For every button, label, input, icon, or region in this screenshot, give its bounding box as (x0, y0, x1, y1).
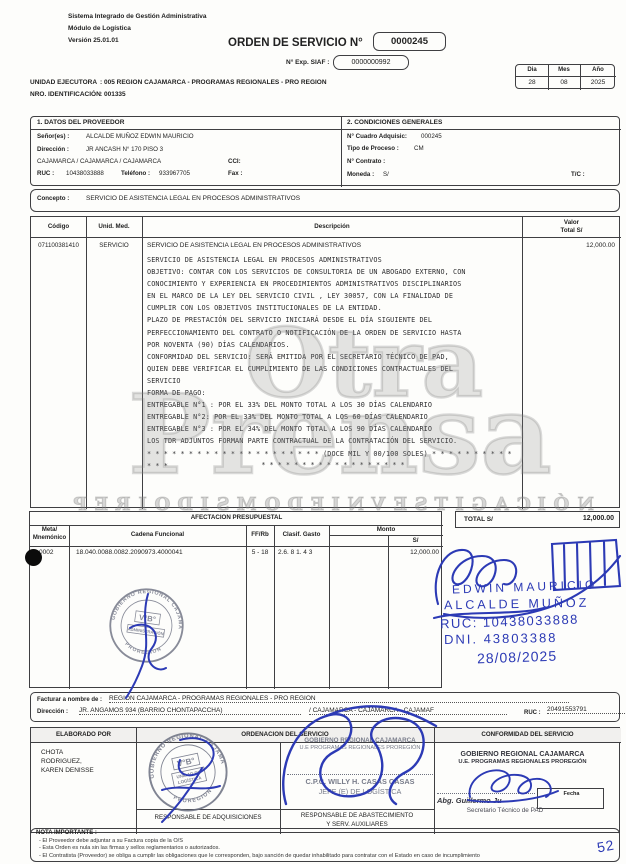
header-conformidad: CONFORMIDAD DEL SERVICIO (434, 731, 621, 738)
elaborado-name-2: RODRIGUEZ, (41, 758, 82, 765)
date-year-value: 2025 (580, 79, 616, 86)
item-description-lines: SERVICIO DE ASISTENCIA LEGAL EN PROCESOS… (147, 254, 519, 472)
siaf-label: N° Exp. SIAF : (286, 59, 329, 66)
cuadro-value: 000245 (421, 133, 442, 140)
header-cadena: Cadena Funcional (69, 531, 246, 538)
header-ffrb: FF/Rb (246, 531, 274, 538)
provider-conditions-box: 1. DATOS DEL PROVEEDOR 2. CONDICIONES GE… (30, 116, 620, 186)
orden-de-servicio-document: Otra Prensa PERIODISMO DE INVESTIGACIÓN … (0, 0, 626, 864)
note-items: - El Proveedor debe adjuntar a su Factur… (39, 838, 614, 860)
billing-address-label: Dirección : (37, 709, 68, 715)
identification-label: NRO. IDENTIFICACIÓN (30, 91, 101, 98)
col-header-valor-2: Total S/ (522, 227, 621, 234)
concepto-label: Concepto : (37, 195, 69, 202)
description-line: SERVICIO (147, 375, 519, 387)
header-clasif: Clasif. Gasto (274, 531, 329, 538)
billing-ruc-label: RUC : (524, 710, 541, 716)
header-meta-2: Mnemónico (28, 535, 71, 541)
date-month-header: Mes (548, 67, 580, 73)
afectacion-title: AFECTACION PRESUPUESTAL (30, 514, 443, 521)
siaf-number-box: 0000000992 (333, 55, 409, 70)
col-header-descripcion: Descripción (142, 223, 522, 230)
executing-unit-label: UNIDAD EJECUTORA (30, 79, 97, 86)
description-line: FORMA DE PAGO: (147, 387, 519, 399)
document-title: ORDEN DE SERVICIO N° (228, 37, 363, 49)
note-title: NOTA IMPORTANTE : (36, 830, 97, 836)
order-number-box: 0000245 (373, 32, 446, 51)
description-line: ENTREGABLE N°2: POR EL 33% DEL MONTO TOT… (147, 411, 519, 423)
label-responsable-abastecimiento-1: RESPONSABLE DE ABASTECIMIENTO (280, 812, 434, 819)
header-elaborado: ELABORADO POR (31, 731, 136, 738)
logistica-signature (268, 700, 443, 812)
item-unidad: SERVICIO (86, 242, 142, 249)
elaborado-name-3: KAREN DENISSE (41, 767, 94, 774)
afectacion-table: AFECTACION PRESUPUESTAL Meta/ Mnemónico … (29, 511, 442, 688)
col-header-codigo: Código (31, 223, 86, 230)
label-responsable-abastecimiento-2: Y SERV. AUXILIARES (280, 821, 434, 828)
col-header-unidad: Unid. Med. (86, 223, 142, 230)
description-line: CONOCIMIENTO Y EXPERIENCIA EN PROCEDIMIE… (147, 278, 519, 290)
description-line: SERVICIO DE ASISTENCIA LEGAL EN PROCESOS… (147, 254, 519, 266)
description-line: ENTREGABLE N°1 : POR EL 33% DEL MONTO TO… (147, 399, 519, 411)
item-valor: 12,000.00 (522, 242, 615, 249)
telefono-value: 933967705 (159, 170, 190, 177)
senores-value: ALCALDE MUÑOZ EDWIN MAURICIO (86, 133, 194, 140)
date-day-header: Dia (516, 67, 548, 73)
important-note-box: NOTA IMPORTANTE : - El Proveedor debe ad… (30, 828, 620, 862)
handwritten-folio-number: 52 (596, 837, 616, 856)
provider-signature-scribble (424, 526, 624, 628)
proceso-label: Tipo de Proceso : (347, 145, 399, 152)
description-line: POR NOVENTA (90) DÍAS CALENDARIOS. (147, 339, 519, 351)
version-label: Versión 25.01.01 (68, 37, 119, 44)
system-name: Sistema Integrado de Gestión Administrat… (68, 13, 206, 20)
date-box: Dia Mes Año 28 08 2025 (515, 64, 615, 89)
punch-hole-dot (25, 549, 42, 566)
handwritten-date: 28/08/2025 (477, 648, 558, 667)
contrato-label: N° Contrato : (347, 158, 385, 165)
senores-label: Señor(es) : (37, 133, 69, 140)
row-cadena: 18.040.0088.0082.2090973.4000041 (76, 549, 183, 556)
executing-unit-value: : 005 REGION CAJAMARCA - PROGRAMAS REGIO… (100, 79, 327, 86)
ruc-value: 10438033888 (66, 170, 104, 177)
date-year-header: Año (580, 67, 616, 73)
cci-label: CCI: (228, 158, 241, 165)
row-ffrb: 5 - 18 (246, 549, 274, 556)
row-clasif: 2.6. 8 1. 4 3 (278, 549, 312, 556)
description-final-line: * * * * * * * * * * * * * * * * * * (147, 461, 519, 469)
ruc-label: RUC : (37, 170, 54, 177)
billing-ruc-value: 20491553791 (547, 706, 626, 714)
description-line: OBJETIVO: CONTAR CON LOS SERVICIOS DE CO… (147, 266, 519, 278)
concepto-box: Concepto : SERVICIO DE ASISTENCIA LEGAL … (30, 189, 620, 212)
item-codigo: 071100381410 (31, 242, 86, 249)
date-month-value: 08 (548, 79, 580, 86)
telefono-label: Teléfono : (121, 170, 150, 177)
description-line: QUIEN DEBE VERIFICAR EL CUMPLIMIENTO DE … (147, 363, 519, 375)
proceso-value: CM (414, 145, 424, 152)
fax-label: Fax : (228, 170, 242, 177)
items-table: Código Unid. Med. Descripción Valor Tota… (30, 216, 620, 508)
cuadro-label: N° Cuadro Adquisic: (347, 133, 407, 140)
total-label: TOTAL S/ (464, 516, 493, 523)
conformidad-signature (462, 763, 562, 805)
conformidad-stamp-line-1: GOBIERNO REGIONAL CAJAMARCA (435, 751, 610, 758)
col-header-valor-1: Valor (522, 219, 621, 226)
module-name: Módulo de Logística (68, 25, 131, 32)
tc-label: T/C : (571, 171, 585, 178)
total-value: 12,000.00 (516, 515, 614, 522)
header-meta-1: Meta/ (30, 527, 69, 533)
note-item: - El Contratista (Proveedor) se obliga a… (39, 853, 614, 860)
description-line: ENTREGABLE N°3 : POR EL 34% DEL MONTO TO… (147, 423, 519, 435)
concepto-value: SERVICIO DE ASISTENCIA LEGAL EN PROCESOS… (86, 195, 300, 202)
description-line: EN EL MARCO DE LA LEY DEL SERVICIO CIVIL… (147, 290, 519, 302)
direccion-label: Dirección : (37, 146, 69, 153)
stamp-signature-strokes (112, 588, 182, 700)
direccion-value: JR ANCASH N° 170 PISO 3 (86, 146, 163, 153)
item-nombre: SERVICIO DE ASISTENCIA LEGAL EN PROCESOS… (147, 242, 361, 249)
adquisiciones-signature (150, 730, 240, 825)
moneda-value: S/ (383, 171, 389, 178)
handwritten-dni: DNI. 43803388 (444, 630, 558, 647)
billing-label: Facturar a nombre de : (37, 697, 102, 703)
note-item: - Esta Orden es nula sin las firmas y se… (39, 845, 614, 852)
description-line: PLAZO DE PRESTACIÓN DEL SERVICIO INICIAR… (147, 314, 519, 326)
description-line: LOS TDR ADJUNTOS FORMAN PARTE CONTRACTUA… (147, 435, 519, 447)
note-item: - El Proveedor debe adjuntar a su Factur… (39, 838, 614, 845)
description-line: CUMPLIR CON LOS OBJETIVOS INSTITUCIONALE… (147, 302, 519, 314)
conditions-box-title: 2. CONDICIONES GENERALES (347, 119, 442, 126)
conformidad-cargo: Secretario Técnico de PAD (435, 807, 575, 814)
description-line: PERFECCIONAMIENTO DEL CONTRATO O NOTIFIC… (147, 327, 519, 339)
identification-value: : 001335 (100, 91, 126, 98)
ciudad-value: CAJAMARCA / CAJAMARCA / CAJAMARCA (37, 158, 161, 165)
elaborado-name-1: CHOTA (41, 749, 63, 756)
date-day-value: 28 (516, 79, 548, 86)
description-line: CONFORMIDAD DEL SERVICIO: SERÁ EMITIDA P… (147, 351, 519, 363)
moneda-label: Moneda : (347, 171, 374, 178)
provider-box-title: 1. DATOS DEL PROVEEDOR (37, 119, 124, 126)
